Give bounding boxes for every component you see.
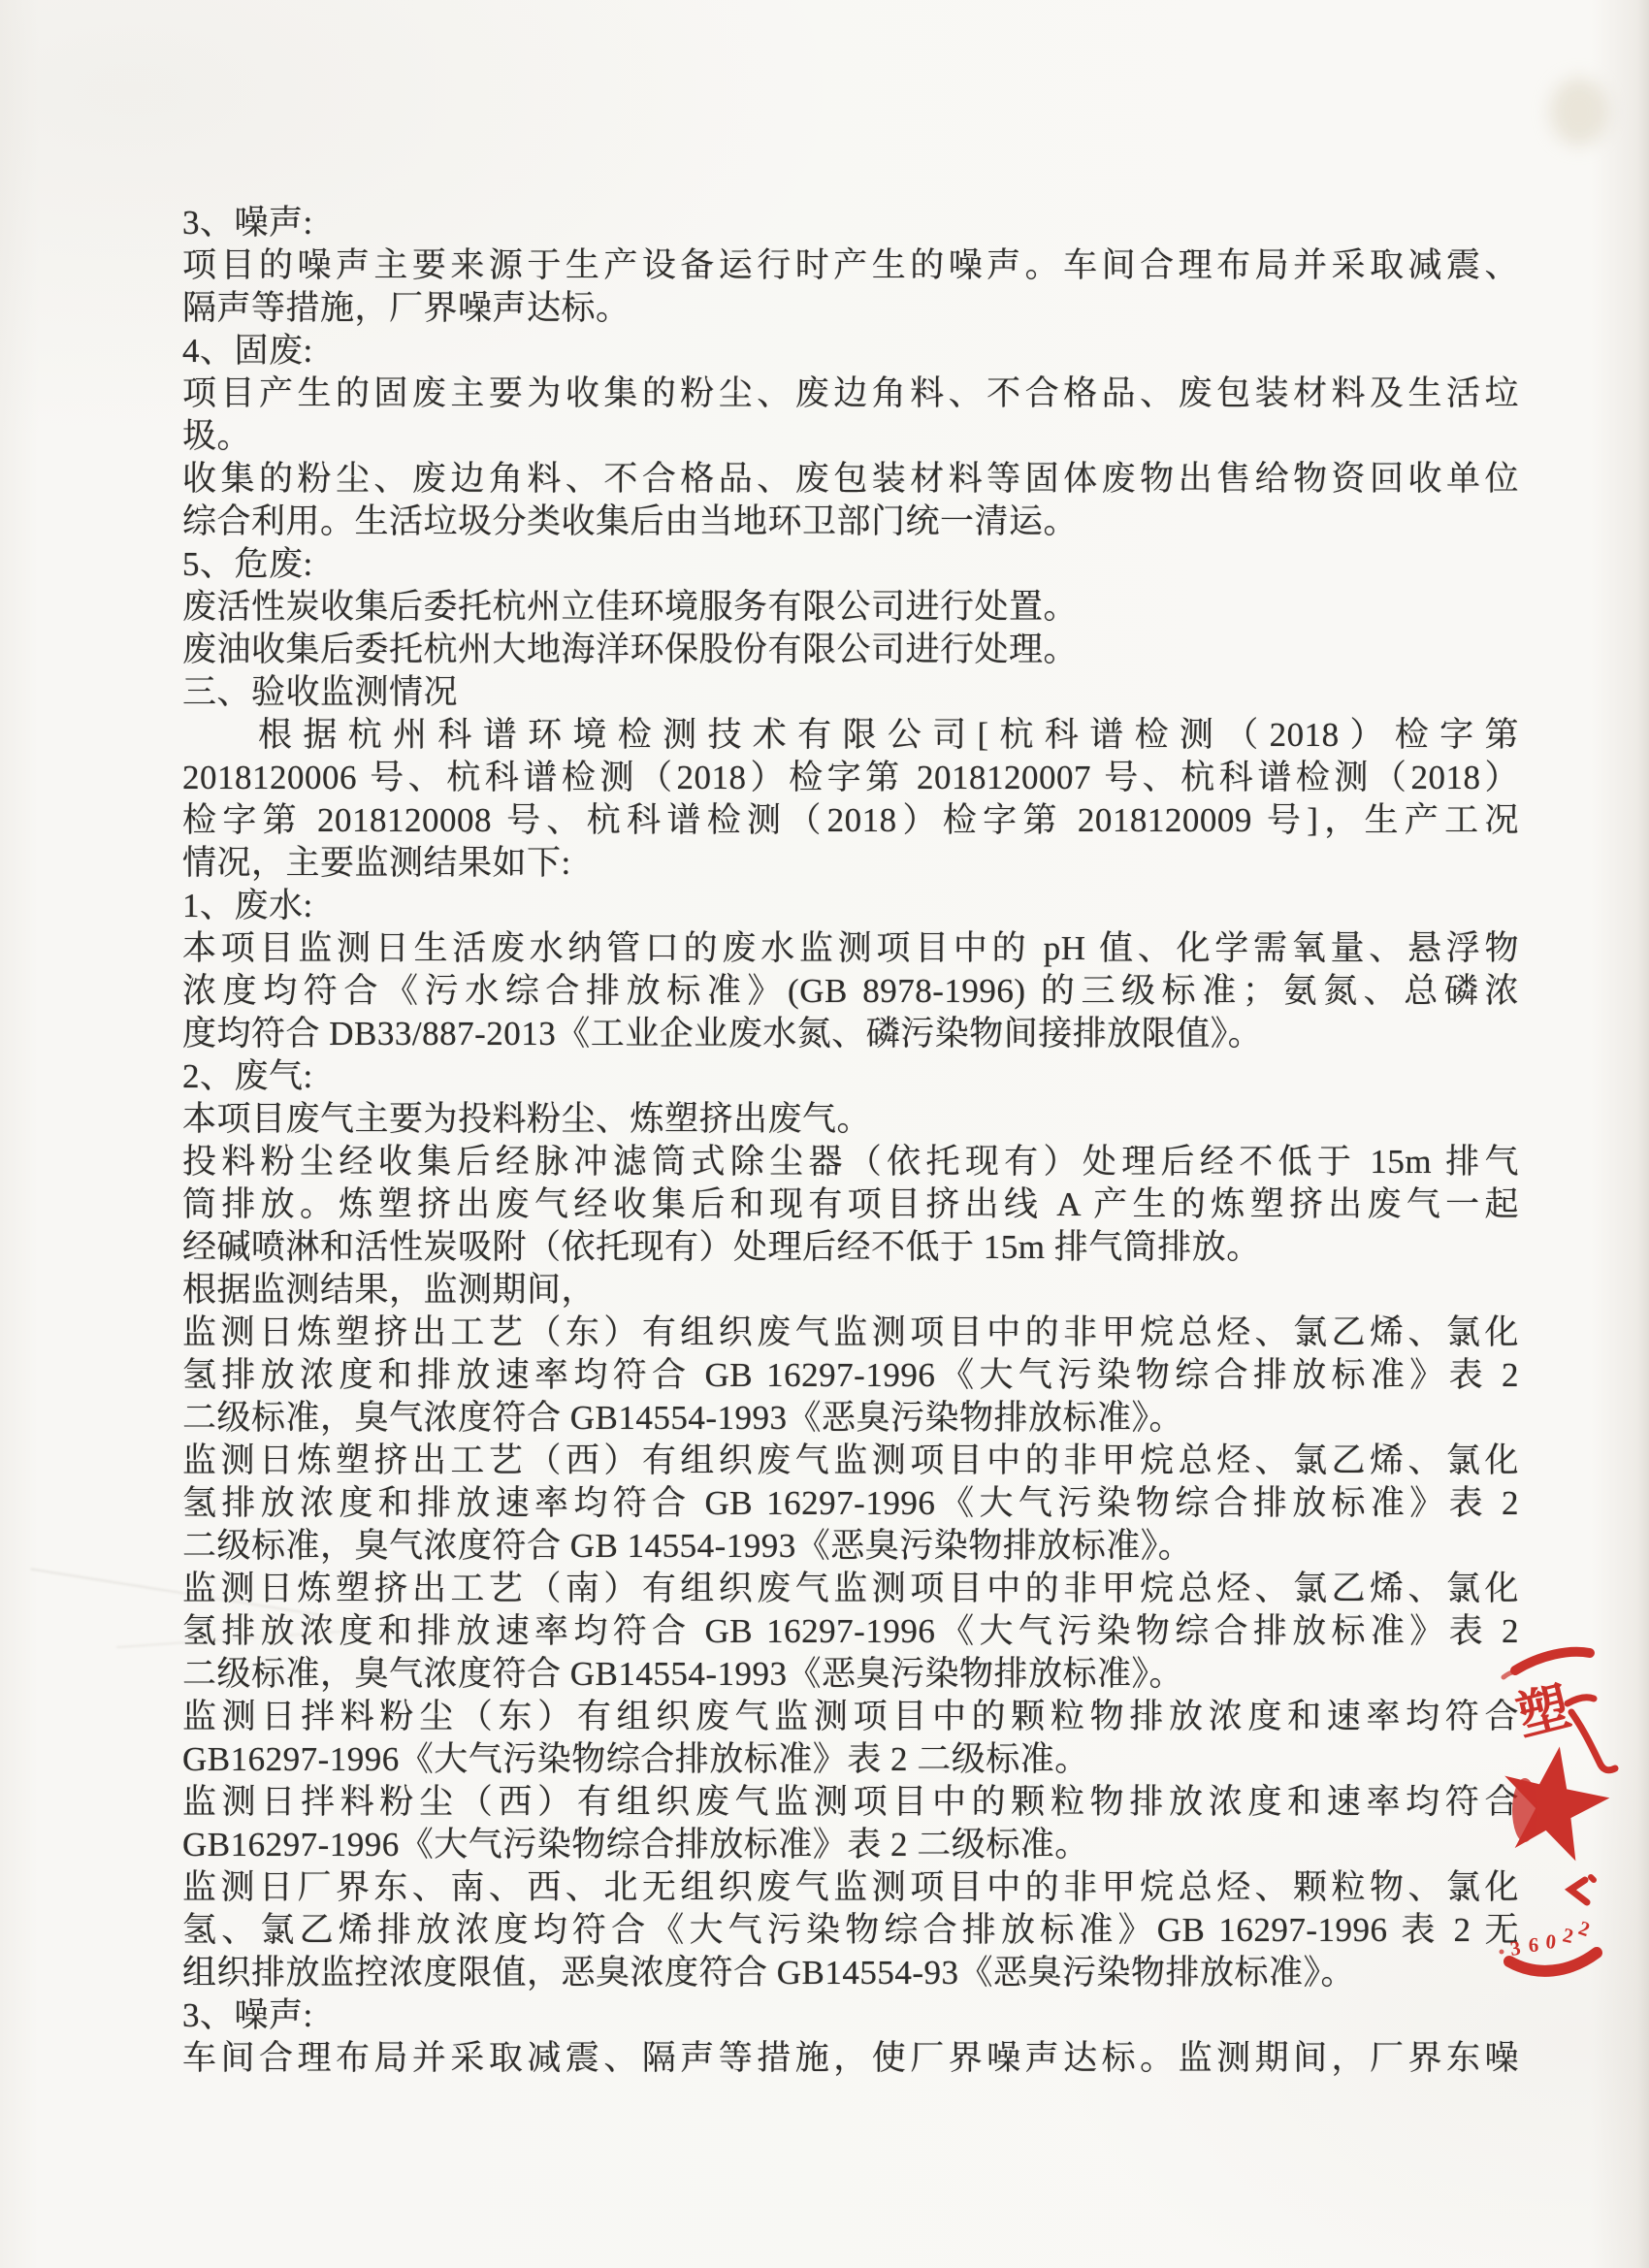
paper-smudge [1550,78,1608,146]
stamp-serial-digit: 2 [1561,1923,1575,1948]
text-line: 组织排放监控浓度限值，恶臭浓度符合 GB14554-93《恶臭污染物排放标准》。 [182,1952,1519,1994]
text-line: 经碱喷淋和活性炭吸附（依托现有）处理后经不低于 15m 排气筒排放。 [182,1226,1519,1269]
text-line: 监测日炼塑挤出工艺（东）有组织废气监测项目中的非甲烷总烃、氯乙烯、氯化 [182,1312,1519,1354]
text-line: 监测日拌料粉尘（东）有组织废气监测项目中的颗粒物排放浓度和速率均符合 [182,1696,1519,1738]
text-line: 根据杭州科谱环境检测技术有限公司[杭科谱检测（2018）检字第 [182,714,1519,757]
text-line: 本项目废气主要为投料粉尘、炼塑挤出废气。 [182,1098,1519,1141]
text-line: 圾。 [182,415,1519,458]
stamp-serial-digit: 2 [1575,1916,1593,1941]
document-text: 3、噪声:项目的噪声主要来源于生产设备运行时产生的噪声。车间合理布局并采取减震、… [182,202,1519,2080]
text-line: 度均符合 DB33/887-2013《工业企业废水氮、磷污染物间接排放限值》。 [182,1013,1519,1055]
text-line: 三、验收监测情况 [182,671,1519,714]
text-line: 3、噪声: [182,1994,1519,2037]
text-line: 2、废气: [182,1055,1519,1098]
stamp-serial-number: 36022 [1508,1916,1593,1960]
text-line: 氢、氯乙烯排放浓度均符合《大气污染物综合排放标准》GB 16297-1996 表… [182,1909,1519,1952]
text-line: 氢排放浓度和排放速率均符合 GB 16297-1996《大气污染物综合排放标准》… [182,1610,1519,1653]
stamp-arc-top-fragment [1503,1672,1512,1677]
text-line: 氢排放浓度和排放速率均符合 GB 16297-1996《大气污染物综合排放标准》… [182,1482,1519,1525]
text-line: GB16297-1996《大气污染物综合排放标准》表 2 二级标准。 [182,1824,1519,1866]
red-seal-stamp: 塑 36022 [1494,1637,1649,1987]
stamp-arc-bottom [1509,1953,1597,1971]
text-line: 氢排放浓度和排放速率均符合 GB 16297-1996《大气污染物综合排放标准》… [182,1354,1519,1397]
stamp-serial-dot [1500,1950,1504,1955]
text-line: 情况，主要监测结果如下: [182,842,1519,885]
text-line: 1、废水: [182,885,1519,927]
text-line: 项目产生的固废主要为收集的粉尘、废边角料、不合格品、废包装材料及生活垃 [182,373,1519,415]
stamp-serial-digit: 0 [1545,1929,1558,1954]
text-line: 3、噪声: [182,202,1519,244]
text-line: 二级标准，臭气浓度符合 GB14554-1993《恶臭污染物排放标准》。 [182,1653,1519,1696]
text-line: 综合利用。生活垃圾分类收集后由当地环卫部门统一清运。 [182,501,1519,543]
text-line: 筒排放。炼塑挤出废气经收集后和现有项目挤出线 A 产生的炼塑挤出废气一起 [182,1183,1519,1226]
text-line: 二级标准，臭气浓度符合 GB 14554-1993《恶臭污染物排放标准》。 [182,1525,1519,1568]
stamp-ink-smudge [1512,1778,1537,1842]
stamp-stroke-dot [1591,1877,1594,1880]
text-line: 废油收集后委托杭州大地海洋环保股份有限公司进行处理。 [182,629,1519,671]
text-line: 隔声等措施，厂界噪声达标。 [182,287,1519,330]
stamp-arc-top [1515,1652,1590,1670]
text-line: 收集的粉尘、废边角料、不合格品、废包装材料等固体废物出售给物资回收单位 [182,458,1519,501]
text-line: 监测日拌料粉尘（西）有组织废气监测项目中的颗粒物排放浓度和速率均符合 [182,1781,1519,1824]
stamp-serial-digit: 6 [1528,1933,1538,1957]
text-line: 本项目监测日生活废水纳管口的废水监测项目中的 pH 值、化学需氧量、悬浮物 [182,927,1519,970]
text-line: 监测日炼塑挤出工艺（南）有组织废气监测项目中的非甲烷总烃、氯乙烯、氯化 [182,1568,1519,1610]
scanned-document-page: 3、噪声:项目的噪声主要来源于生产设备运行时产生的噪声。车间合理布局并采取减震、… [0,0,1649,2268]
text-line: 项目的噪声主要来源于生产设备运行时产生的噪声。车间合理布局并采取减震、 [182,244,1519,287]
text-line: 5、危废: [182,543,1519,586]
text-line: 2018120006 号、杭科谱检测（2018）检字第 2018120007 号… [182,757,1519,799]
text-line: 检字第 2018120008 号、杭科谱检测（2018）检字第 20181200… [182,799,1519,842]
text-line: 二级标准，臭气浓度符合 GB14554-1993《恶臭污染物排放标准》。 [182,1397,1519,1440]
text-line: 监测日炼塑挤出工艺（西）有组织废气监测项目中的非甲烷总烃、氯乙烯、氯化 [182,1440,1519,1482]
text-line: 投料粉尘经收集后经脉冲滤筒式除尘器（依托现有）处理后经不低于 15m 排气 [182,1141,1519,1183]
text-line: GB16297-1996《大气污染物综合排放标准》表 2 二级标准。 [182,1738,1519,1781]
stamp-character: 塑 [1511,1678,1576,1747]
text-line: 浓度均符合《污水综合排放标准》(GB 8978-1996) 的三级标准；氨氮、总… [182,970,1519,1013]
text-line: 监测日厂界东、南、西、北无组织废气监测项目中的非甲烷总烃、颗粒物、氯化 [182,1866,1519,1909]
stamp-stroke-mark [1570,1880,1587,1902]
text-line: 废活性炭收集后委托杭州立佳环境服务有限公司进行处置。 [182,586,1519,629]
text-line: 根据监测结果，监测期间， [182,1269,1519,1312]
text-line: 车间合理布局并采取减震、隔声等措施，使厂界噪声达标。监测期间，厂界东噪 [182,2037,1519,2080]
text-line: 4、固废: [182,330,1519,373]
